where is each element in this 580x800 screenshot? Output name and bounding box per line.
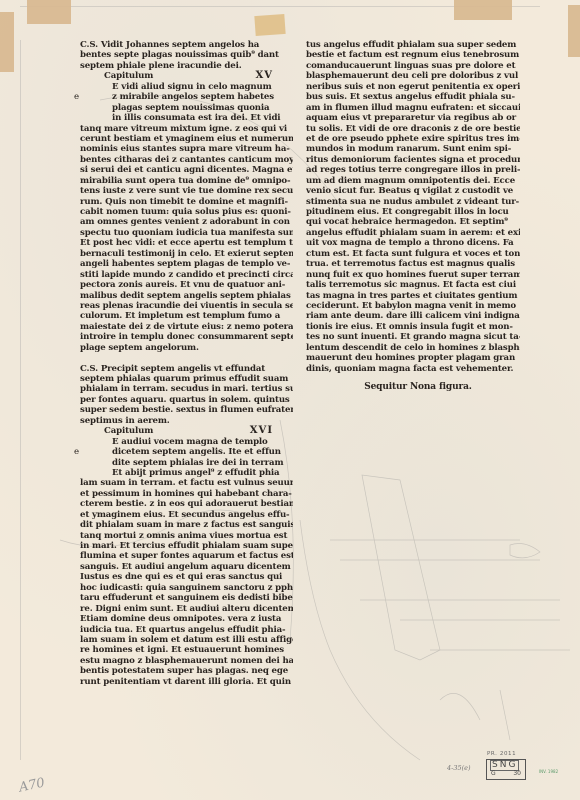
text-line: Iustus es dne qui es et qui eras sanctus… [80,572,293,582]
marginal-letter: e [74,92,79,102]
text-line: lam suam in terram. et factu est vulnus … [80,478,293,488]
text-line: ad reges totius terre congregare illos i… [306,165,520,175]
right-text-column: tus angelus effudit phialam sua super se… [306,40,520,392]
text-line: bentis potestatem super has plagas. neq … [80,666,293,676]
text-line: Et post hec vidi: et ecce apertu est tem… [80,238,293,248]
text-line: Etiam domine deus omnipotes. vera z iust… [80,614,293,624]
text-line: flumina et super fontes aquarum et factu… [80,551,293,561]
library-stamp: SNG G 30 [486,759,526,780]
library-stamps: 4-35(e) PR. 2011 SNG G 30 INV. 1982 [480,751,580,800]
chapter-xvi-opening: e E audiui vocem magna de templo dicetem… [80,437,293,479]
text-line: mauerunt deu homines propter plagam gran [306,353,520,363]
text-line: ceciderunt. Et babylon magna venit in me… [306,301,520,311]
text-line: ritus demoniorum facientes signa et proc… [306,155,520,165]
text-line: rum. Quis non timebit te domine et magni… [80,197,293,207]
text-line: reas plenas iracundie dei viuentis in se… [80,301,293,311]
pencil-annotation: A70 [18,775,46,795]
text-line: bernaculi testimonij in celo. Et exierut… [80,249,293,259]
text-line: super sedem bestie. sextus in flumen euf… [80,405,293,415]
chapter-label: Capitulum [104,426,153,436]
text-line: dinis, quoniam magna facta est vehemente… [306,364,520,374]
text-line: mirabilia sunt opera tua domine de⁹ omni… [80,176,293,186]
text-line: si serui dei et canticu agni dicentes. M… [80,165,293,175]
text-line: bestie et factum est regnum eius tenebro… [306,50,520,60]
text-line: dit phialam suam in mare z factus est sa… [80,520,293,530]
text-line: estu magno z blasphemauerunt nomen dei h… [80,656,293,666]
text-line: introire in templu donec consummarent se… [80,332,293,342]
text-line: culorum. Et impletum est templum fumo a [80,311,293,321]
tape-strip [0,12,14,72]
text-line: stiti lapide mundo z candido et precinct… [80,270,293,280]
tape-strip [27,0,71,24]
text-line: tus angelus effudit phialam sua super se… [306,40,520,50]
text-line: nunq fuit ex quo homines fuerut super te… [306,270,520,280]
text-line: phialam in terram. secudus in mari. tert… [80,384,293,394]
text-line: E vidi aliud signu in celo magnum [80,82,293,92]
text-line: C.S. Precipit septem angelis vt effundat [80,364,293,374]
text-line: am omnes gentes venient z adorabunt in c… [80,217,293,227]
text-line: runt penitentiam vt darent illi gloria. … [80,677,293,687]
text-line: in mari. Et tercius effudit phialam suam… [80,541,293,551]
text-line: hoc iudicasti: quia sanguinem sanctoru z… [80,583,293,593]
text-line: maiestate dei z de virtute eius: z nemo … [80,322,293,332]
text-line: talis terremotus sic magnus. Et facta es… [306,280,520,290]
text-line: re homines et igni. Et estuauerunt homin… [80,645,293,655]
chapter-xv-opening: e E vidi aliud signu in celo magnum z mi… [80,82,293,124]
text-line: cabit nomen tuum: quia solus pius es: qu… [80,207,293,217]
text-line: et ymaginem eius. Et secundus angelus ef… [80,510,293,520]
text-line: qui vocat hebraice hermagedon. Et septim… [306,217,520,227]
text-line: Et abijt primus angel⁹ z effudit phia [80,468,293,478]
text-line: lentum descendit de celo in homines z bl… [306,343,520,353]
text-line: dite septem phialas ire dei in terram [80,458,293,468]
text-line: sanguis. Et audiui angelum aquaru dicent… [80,562,293,572]
text-line: tanq mortui z omnis anima viues mortua e… [80,531,293,541]
text-line: cterem bestie. z in eos qui adorauerut b… [80,499,293,509]
accession-number: 4-35(e) [447,764,471,772]
inventory-stamp: INV. 1982 [539,769,558,774]
text-line: tes no sunt inuenti. Et grando magna sic… [306,332,520,342]
text-line: in illis consumata est ira dei. Et vidi [80,113,293,123]
text-line: tens iuste z vere sunt vie tue domine re… [80,186,293,196]
text-line: plagas septem nouissimas quonia [80,103,293,113]
provenance-mark: PR. 2011 [487,751,516,757]
text-line: pectora zonis aureis. Et vnu de quatuor … [80,280,293,290]
text-line: bentes septe plagas nouissimas quib⁹ dan… [80,50,293,60]
frame-left-edge [20,40,21,760]
text-line: septem phialas quarum primus effudit sua… [80,374,293,384]
text-line: bus suis. Et sextus angelus effudit phia… [306,92,520,102]
text-line: pitudinem eius. Et congregabit illos in … [306,207,520,217]
text-line: angeli habentes septem plagas de templo … [80,259,293,269]
left-text-column: C.S. Vidit Johannes septem angelos ha be… [80,40,293,687]
text-line: tas magna in tres partes et ciuitates ge… [306,291,520,301]
text-line: plage septem angelorum. [80,343,293,353]
tape-strip [568,5,580,57]
chapter-heading-xv: Capitulum XV [80,71,293,81]
text-line: E audiui vocem magna de templo [80,437,293,447]
text-line: tu solis. Et vidi de ore draconis z de o… [306,124,520,134]
text-line: cerunt bestiam et ymaginem eius et numer… [80,134,293,144]
text-line: tionis ire eius. Et omnis insula fugit e… [306,322,520,332]
text-line: angelus effudit phialam suam in aerem: e… [306,228,520,238]
text-line: bentes citharas dei z cantantes canticum… [80,155,293,165]
text-line: mundos in modum ranarum. Sunt enim spi- [306,144,520,154]
text-line: C.S. Vidit Johannes septem angelos ha [80,40,293,50]
chapter-number: XVI [250,426,273,436]
text-line: blasphemauerunt deu celi pre doloribus z… [306,71,520,81]
text-line: spectu tuo quoniam iudicia tua manifesta… [80,228,293,238]
chapter-label: Capitulum [104,71,153,81]
text-line: tanq mare vitreum mixtum igne. z eos qui… [80,124,293,134]
text-line: per fontes aquaru. quartus in solem. qui… [80,395,293,405]
shelf-number: 30 [513,770,521,777]
shelf-letter: G [491,770,496,777]
text-line: riam ante deum. dare illi calicem vini i… [306,311,520,321]
text-line: comanducauerunt linguas suas pre dolore … [306,61,520,71]
text-line: re. Digni enim sunt. Et audiui alteru di… [80,604,293,614]
text-line: nominis eius stantes supra mare vitreum … [80,144,293,154]
document-page: C.S. Vidit Johannes septem angelos ha be… [0,0,580,800]
text-line: malibus dedit septem angelis septem phia… [80,291,293,301]
text-line: um ad diem magnum omnipotentis dei. Ecce [306,176,520,186]
tape-strip [254,14,285,36]
text-line: ctum est. Et facta sunt fulgura et voces… [306,249,520,259]
tape-strip [454,0,512,20]
text-line: et pessimum in homines qui habebant char… [80,489,293,499]
closing-rubric: Sequitur Nona figura. [306,382,520,392]
text-line: dicetem septem angelis. Ite et effun [80,447,293,457]
text-line: am in flumen illud magnu eufraten: et si… [306,103,520,113]
text-line: iudicia tua. Et quartus angelus effudit … [80,625,293,635]
text-line: venio sicut fur. Beatus q vigilat z cust… [306,186,520,196]
text-line: neribus suis et non egerut penitentia ex… [306,82,520,92]
text-line: lam suam in solem et datum est illi estu… [80,635,293,645]
text-line: trua. et terremotus factus est magnus qu… [306,259,520,269]
chapter-heading-xvi: Capitulum XVI [80,426,293,436]
text-line: z mirabile angelos septem habetes [80,92,293,102]
text-line: stimenta sua ne nudus ambulet z videant … [306,197,520,207]
text-line: et de ore pseudo pphete exire spiritus t… [306,134,520,144]
text-line: taru effuderunt et sanguinem eis dedisti… [80,593,293,603]
text-line: uit vox magna de templo a throno dicens.… [306,238,520,248]
chapter-number: XV [255,71,273,81]
marginal-letter: e [74,447,79,457]
text-line: aquam eius vt prepararetur via regibus a… [306,113,520,123]
